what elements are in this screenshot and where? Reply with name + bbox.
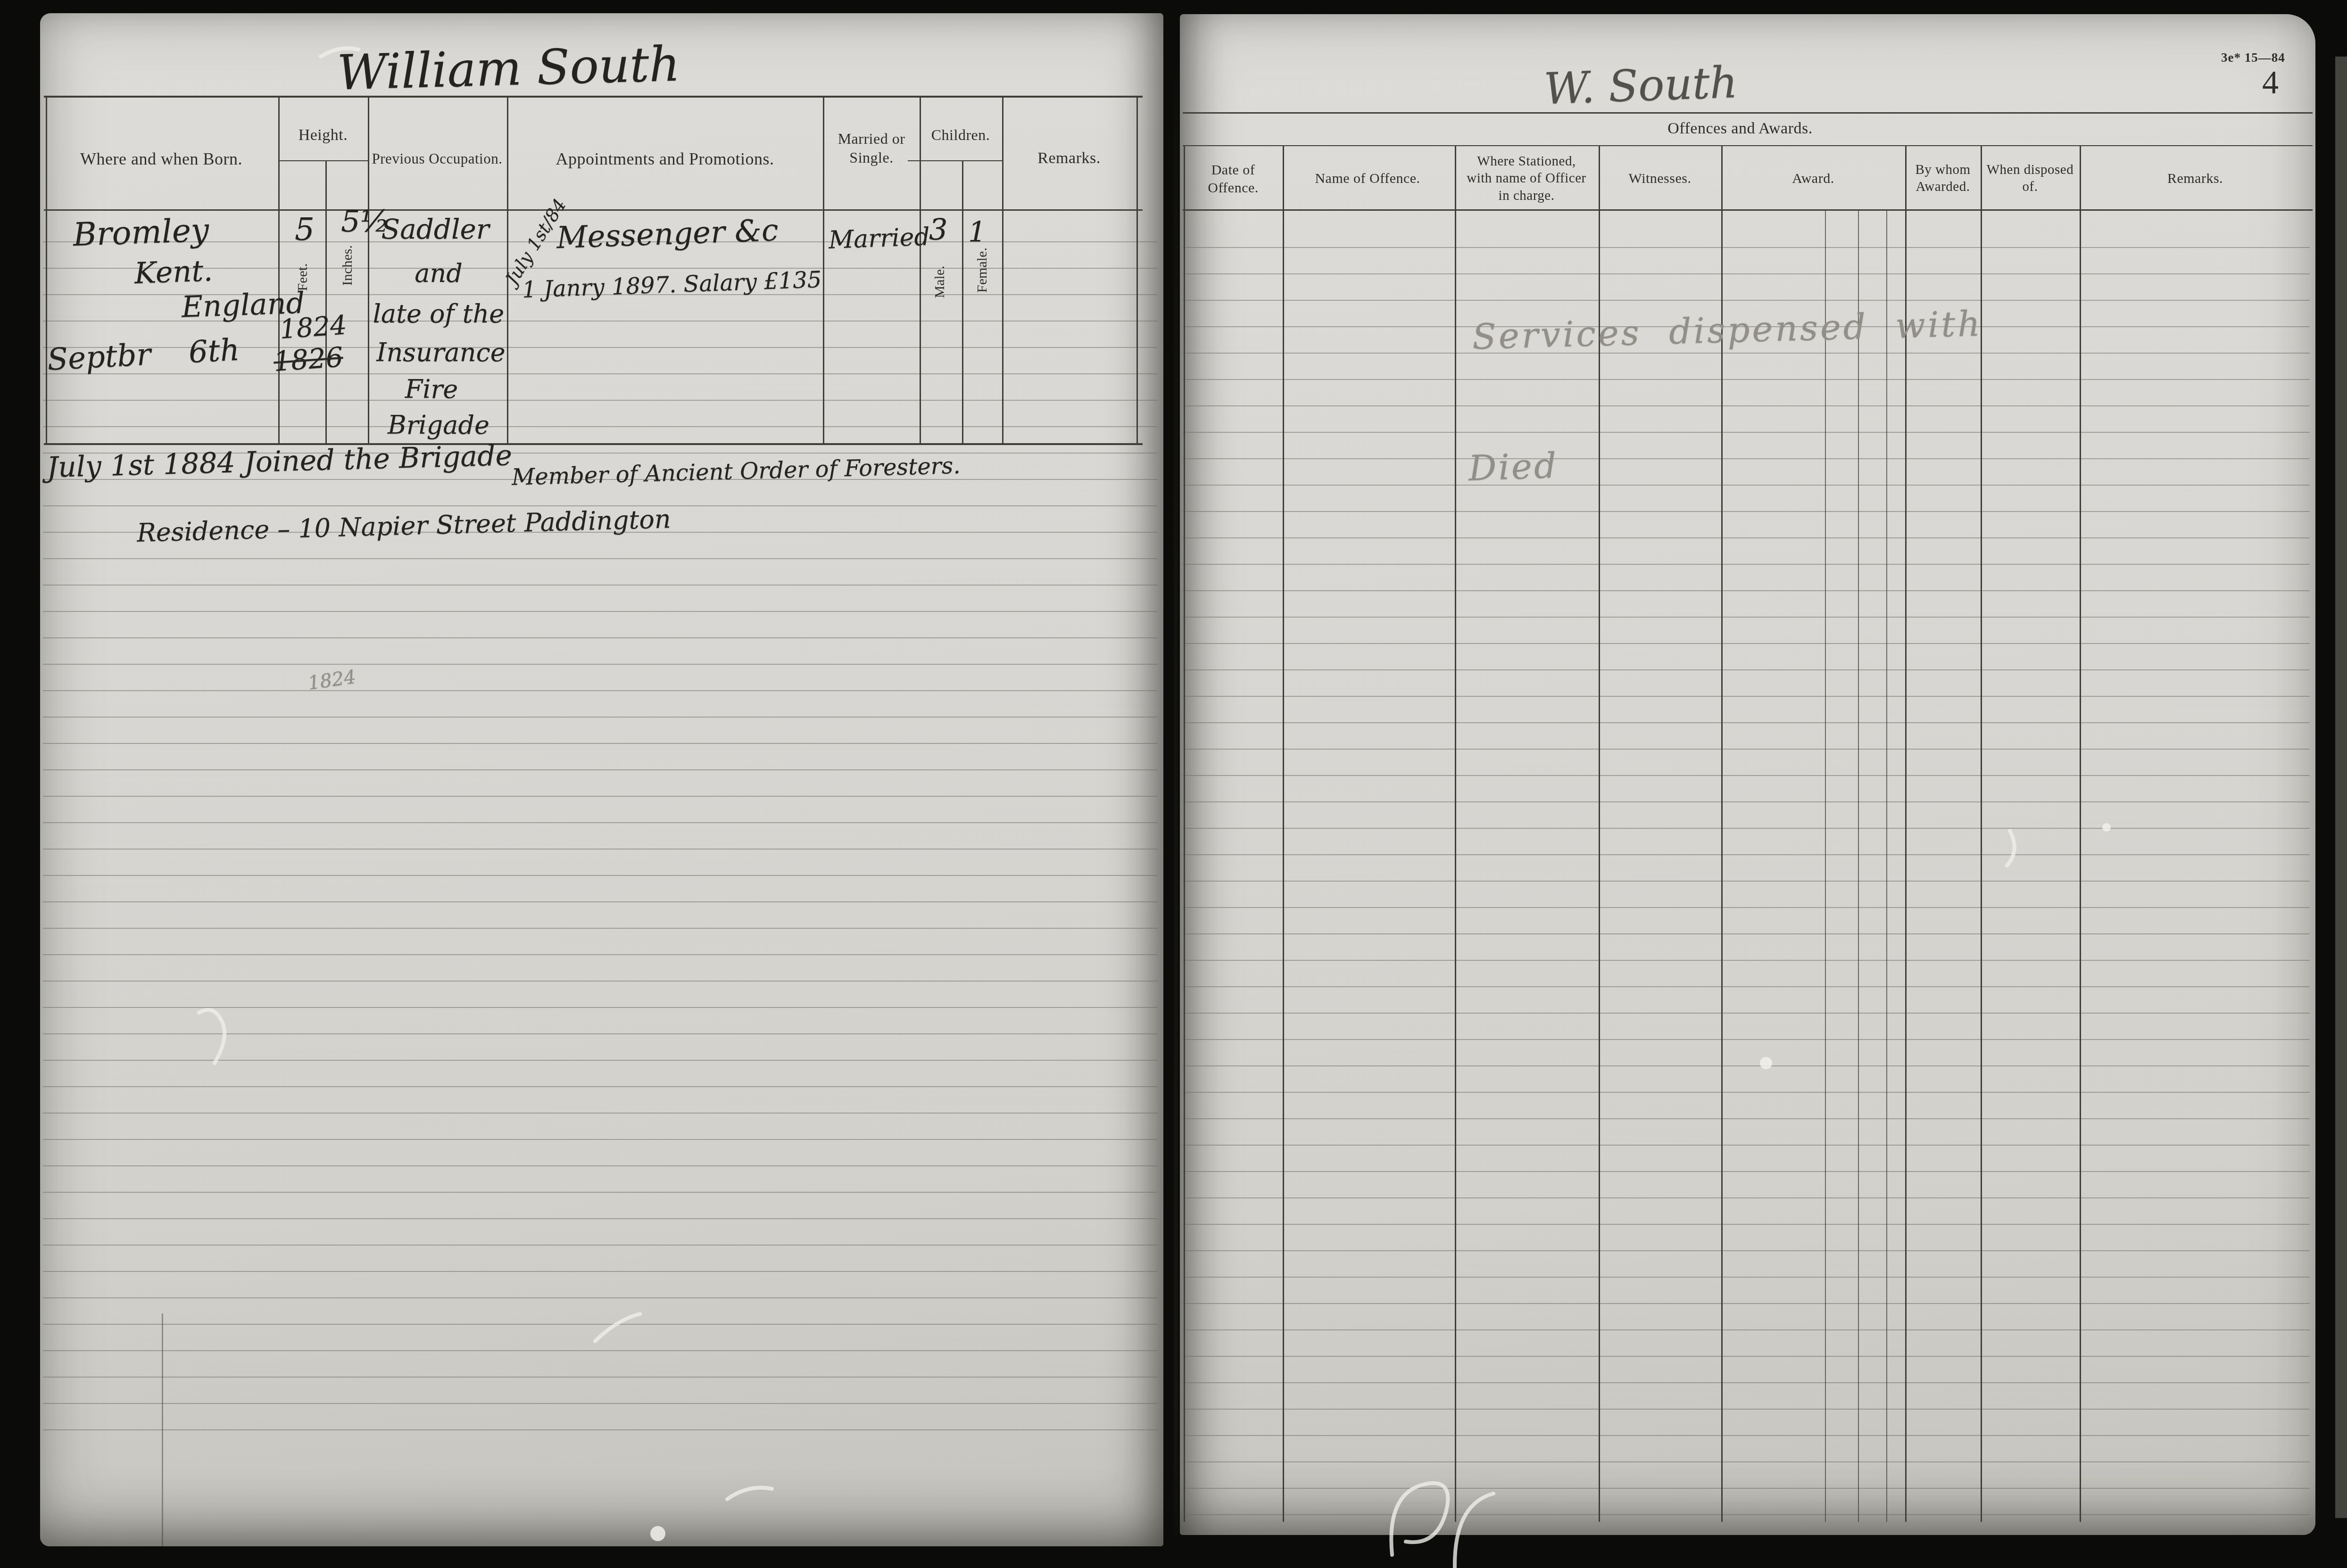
scanned-ledger-photo: William South Where and when Born. Heigh… (0, 0, 2347, 1568)
scratch-marks (0, 0, 2347, 1568)
